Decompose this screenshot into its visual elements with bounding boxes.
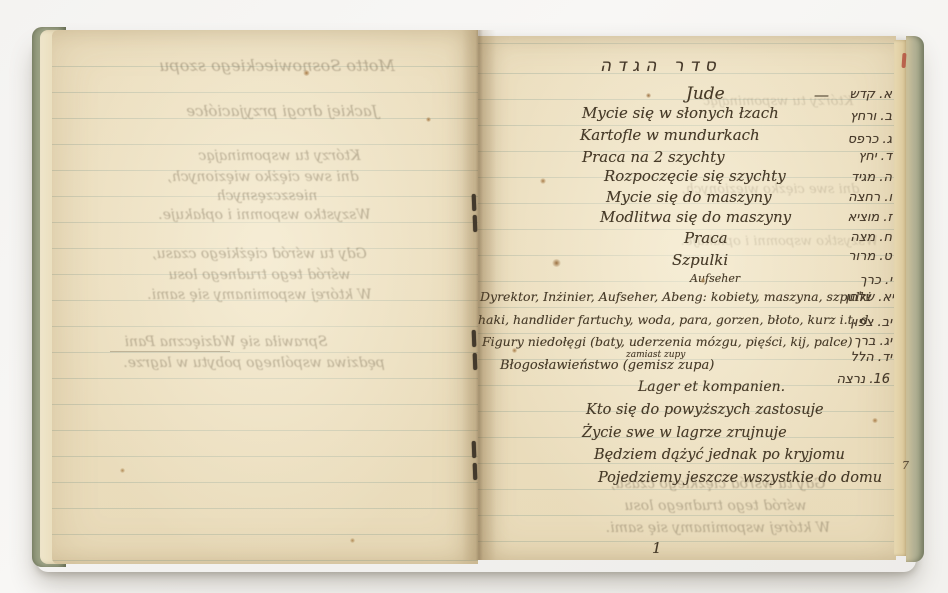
foxing-spot xyxy=(872,418,878,423)
foxing-spot xyxy=(120,468,125,473)
body-line: Mycie się w słonych łzach xyxy=(582,106,779,122)
showthrough-line: W której wspominamy się sami. xyxy=(573,520,863,536)
seder-step: יב. צפון xyxy=(850,316,892,330)
seder-step: ג. כרפס xyxy=(848,133,892,147)
body-line: Figury niedołęgi (baty, uderzenia mózgu,… xyxy=(482,335,853,348)
seder-step: ז. מוציא xyxy=(848,211,892,225)
foxing-spot xyxy=(512,348,517,353)
showthrough-line: Gdy tu wśród ciężkiego czasu, xyxy=(107,246,412,262)
seder-step: י. כרך xyxy=(860,274,892,288)
seder-step: ח. מצה xyxy=(850,231,892,245)
gutter-crease xyxy=(462,30,496,560)
body-line: Będziem dążyć jednak po kryjomu xyxy=(594,448,845,463)
notebook-photo: Motto Sosnowieckiego szopu Jackiej drogi… xyxy=(0,0,948,593)
binding-stitch xyxy=(472,441,477,458)
body-line: Kto się do powyższych zastosuje xyxy=(586,403,824,418)
seder-step: ב. ורחץ xyxy=(850,110,892,124)
binding-stitch xyxy=(473,463,478,480)
showthrough-line: dni swe ciężko więzionych, xyxy=(132,169,394,185)
seder-step: יד. הלל xyxy=(850,351,892,365)
seder-step: ו. רחצה xyxy=(848,191,892,205)
seder-step: יא. שלחן xyxy=(846,291,895,305)
seder-step: ט. מרור xyxy=(848,250,892,264)
foxing-spot xyxy=(350,538,355,543)
binding-stitch xyxy=(473,215,478,232)
body-line: Rozpoczęcie się szychty xyxy=(604,169,786,185)
showthrough-line: nieszczęsnych xyxy=(202,188,332,204)
body-line: Błogosławieństwo (gemisz zupa) xyxy=(500,359,714,373)
page-number: 1 xyxy=(652,541,662,557)
seder-step: ה. מגיד xyxy=(851,171,892,185)
body-line: Szpulki xyxy=(672,253,728,269)
showthrough-line: wśród tego trudnego losu xyxy=(563,498,868,514)
foxing-spot xyxy=(540,178,546,184)
binding-stitch xyxy=(472,194,477,211)
body-line: haki, handlider fartuchy, woda, para, go… xyxy=(478,313,873,326)
showthrough-underline xyxy=(110,351,230,352)
body-line: Dyrektor, Inżinier, Aufseher, Abeng: kob… xyxy=(480,290,871,303)
edge-ink-mark: 7 xyxy=(902,460,909,472)
showthrough-line: Jackiej drogi przyjaciółce xyxy=(142,102,422,120)
body-line: Praca na 2 szychty xyxy=(582,150,725,166)
left-page: Motto Sosnowieckiego szopu Jackiej drogi… xyxy=(52,30,478,564)
body-line: Mycie się do maszyny xyxy=(606,190,772,206)
body-line: Pojedziemy jeszcze wszystkie do domu xyxy=(598,471,882,486)
showthrough-line: Sprawiła się Wdzięczna Pani xyxy=(92,334,360,350)
body-line-small: Aufseher xyxy=(690,273,740,285)
body-line: Modlitwa się do maszyny xyxy=(600,210,791,226)
right-cover-edge xyxy=(906,36,924,562)
seder-step: א. קדש xyxy=(850,88,893,102)
showthrough-line: pędziwa wspólnego pobytu w lagrze. xyxy=(100,355,408,371)
showthrough-line: Motto Sosnowieckiego szopu xyxy=(112,56,442,75)
hebrew-title: סדר הגדה xyxy=(600,58,722,76)
foxing-spot xyxy=(426,117,431,122)
foxing-spot xyxy=(552,259,561,267)
binding-stitch xyxy=(472,330,477,347)
body-line: Lager et kompanien. xyxy=(638,380,785,395)
showthrough-line: Którzy tu wspominając xyxy=(162,148,397,164)
jude-dash: — xyxy=(814,88,829,104)
body-line: Kartofle w mundurkach xyxy=(580,128,760,144)
binding-stitch xyxy=(473,353,478,370)
showthrough-line: wśród tego trudnego losu xyxy=(112,267,407,283)
seder-step: יג. ברך xyxy=(854,335,892,349)
foxing-spot xyxy=(646,93,651,98)
body-line: Życie swe w lagrze zrujnuje xyxy=(582,426,787,441)
seder-step: ד. יחץ xyxy=(858,150,892,164)
foxing-spot xyxy=(700,278,706,283)
foxing-spot xyxy=(303,70,310,76)
body-line: Praca xyxy=(684,231,728,247)
seder-step: 16. נרצה xyxy=(836,373,890,387)
body-line: Jude xyxy=(686,86,725,104)
right-page: Którzy tu wspominając dni swe ciężko wię… xyxy=(478,36,896,560)
showthrough-line: W której wspominamy się sami. xyxy=(117,287,402,303)
showthrough-line: Wszystko wspomni i opłakuje. xyxy=(122,207,407,223)
